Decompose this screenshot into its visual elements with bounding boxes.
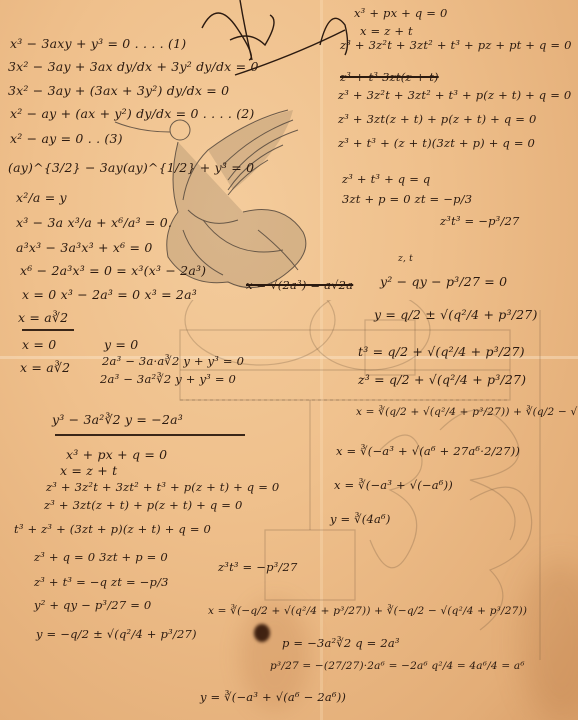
equation-y-cubic-b: 2a³ − 3a²∛2 y + y³ = 0 [100,372,236,386]
folium-curve-sketch [190,0,365,90]
solution-y-zero: y = 0 [104,337,138,352]
cardano-left-6: z³ + q = 0 3zt + p = 0 [34,550,168,564]
cardano-right-4-struck: z³ + t³ 3zt(z + t) [340,70,439,84]
solution-x-zero: x = 0 [22,337,56,352]
cardano-right-6: z³ + 3zt(z + t) + p(z + t) + q = 0 [338,112,537,126]
equation-3: x² − ay = 0 . . (3) [10,131,123,146]
cardano-left-1: x³ + px + q = 0 [66,447,167,462]
cardano-right-3: z³ + 3z²t + 3zt² + t³ + pz + pt + q = 0 [340,38,572,52]
bottom-y-result: y = ∛(−a³ + √(a⁶ − 2a⁶)) [200,690,346,704]
equation-derivative: 3x² − 3ay + 3ax dy/dx + 3y² dy/dx = 0 [8,59,259,74]
t-cubed: t³ = q/2 + √(q²/4 + p³/27) [358,344,525,359]
bottom-p3-over-27: p³/27 = −(27/27)·2a⁶ = −2a⁶ q²/4 = 4a⁶/4… [270,660,525,672]
cardano-right-10: z³t³ = −p³/27 [440,214,520,228]
cardano-left-2: x = z + t [60,463,117,478]
equation-factored: x⁶ − 2a³x³ = 0 = x³(x³ − 2a³) [20,263,206,278]
z-cubed: z³ = q/2 + √(q²/4 + p³/27) [358,372,526,387]
equation-x-substituted: x³ − 3a x³/a + x⁶/a³ = 0. [16,215,172,230]
equation-y-expression: x²/a = y [16,190,67,205]
equation-folium: x³ − 3axy + y³ = 0 . . . . (1) [10,36,186,51]
equation-cubic-in-y: y³ − 3a²∛2 y = −2a³ [52,412,183,427]
cardano-left-5: t³ + z³ + (3zt + p)(z + t) + q = 0 [14,522,211,536]
struck-sqrt-note: x = √(2a³) = a√2a [246,278,353,292]
underline-x-root [22,329,74,331]
cardano-left-3: z³ + 3z²t + 3zt² + t³ + p(z + t) + q = 0 [46,480,279,494]
cardano-left-9: y = −q/2 ± √(q²/4 + p³/27) [36,627,197,641]
solution-x-cube-root: x = a∛2 [20,360,70,375]
cardano-right-9: 3zt + p = 0 zt = −p/3 [342,192,472,206]
section-divider [55,434,245,436]
cardano-formula: x = ∛(q/2 + √(q²/4 + p³/27)) + ∛(q/2 − √… [356,406,578,418]
equation-y-cubic-a: 2a³ − 3a·a∛2 y + y³ = 0 [102,354,244,368]
cardano-left-7: z³ + t³ = −q zt = −p/3 [34,575,169,589]
x-simplified: x = ∛(−a³ + √(−a⁶)) [334,478,453,492]
bottom-p-q: p = −3a²∛2 q = 2a³ [282,636,400,650]
manuscript-page: x³ − 3axy + y³ = 0 . . . . (1) 3x² − 3ay… [0,0,578,720]
equation-multiplied: a³x³ − 3a³x³ + x⁶ = 0 [16,240,152,255]
resolvent-label: z, t [398,254,413,264]
x-with-values: x = ∛(−a³ + √(a⁶ + 27a⁶·2/27)) [336,444,520,458]
equation-2: x² − ay + (ax + y²) dy/dx = 0 . . . . (2… [10,106,255,121]
resolvent-solution: y = q/2 ± √(q²/4 + p³/27) [374,307,538,322]
cardano-left-4: z³ + 3zt(z + t) + p(z + t) + q = 0 [44,498,243,512]
cardano-right-5: z³ + 3z²t + 3zt² + t³ + p(z + t) + q = 0 [338,88,571,102]
y-result-right: y = ∛(4a⁶) [330,512,391,526]
equation-roots: x = 0 x³ − 2a³ = 0 x³ = 2a³ [22,287,197,302]
resolvent-quadratic: y² − qy − p³/27 = 0 [380,274,507,289]
equation-substitution: (ay)^{3/2} − 3ay(ay)^{1/2} + y³ = 0 [8,160,254,175]
equation-derivative-grouped: 3x² − 3ay + (3ax + 3y²) dy/dx = 0 [8,83,229,98]
bottom-x-formula: x = ∛(−q/2 + √(q²/4 + p³/27)) + ∛(−q/2 −… [208,605,527,617]
cardano-right-2: x = z + t [360,24,413,38]
cardano-left-8: y² + qy − p³/27 = 0 [34,598,151,612]
cardano-right-1: x³ + px + q = 0 [354,6,447,20]
cardano-right-8: z³ + t³ + q = q [342,172,430,186]
bottom-z3t3: z³t³ = −p³/27 [218,560,298,574]
cardano-right-7: z³ + t³ + (z + t)(3zt + p) + q = 0 [338,136,535,150]
equation-x-root: x = a∛2 [18,310,68,325]
